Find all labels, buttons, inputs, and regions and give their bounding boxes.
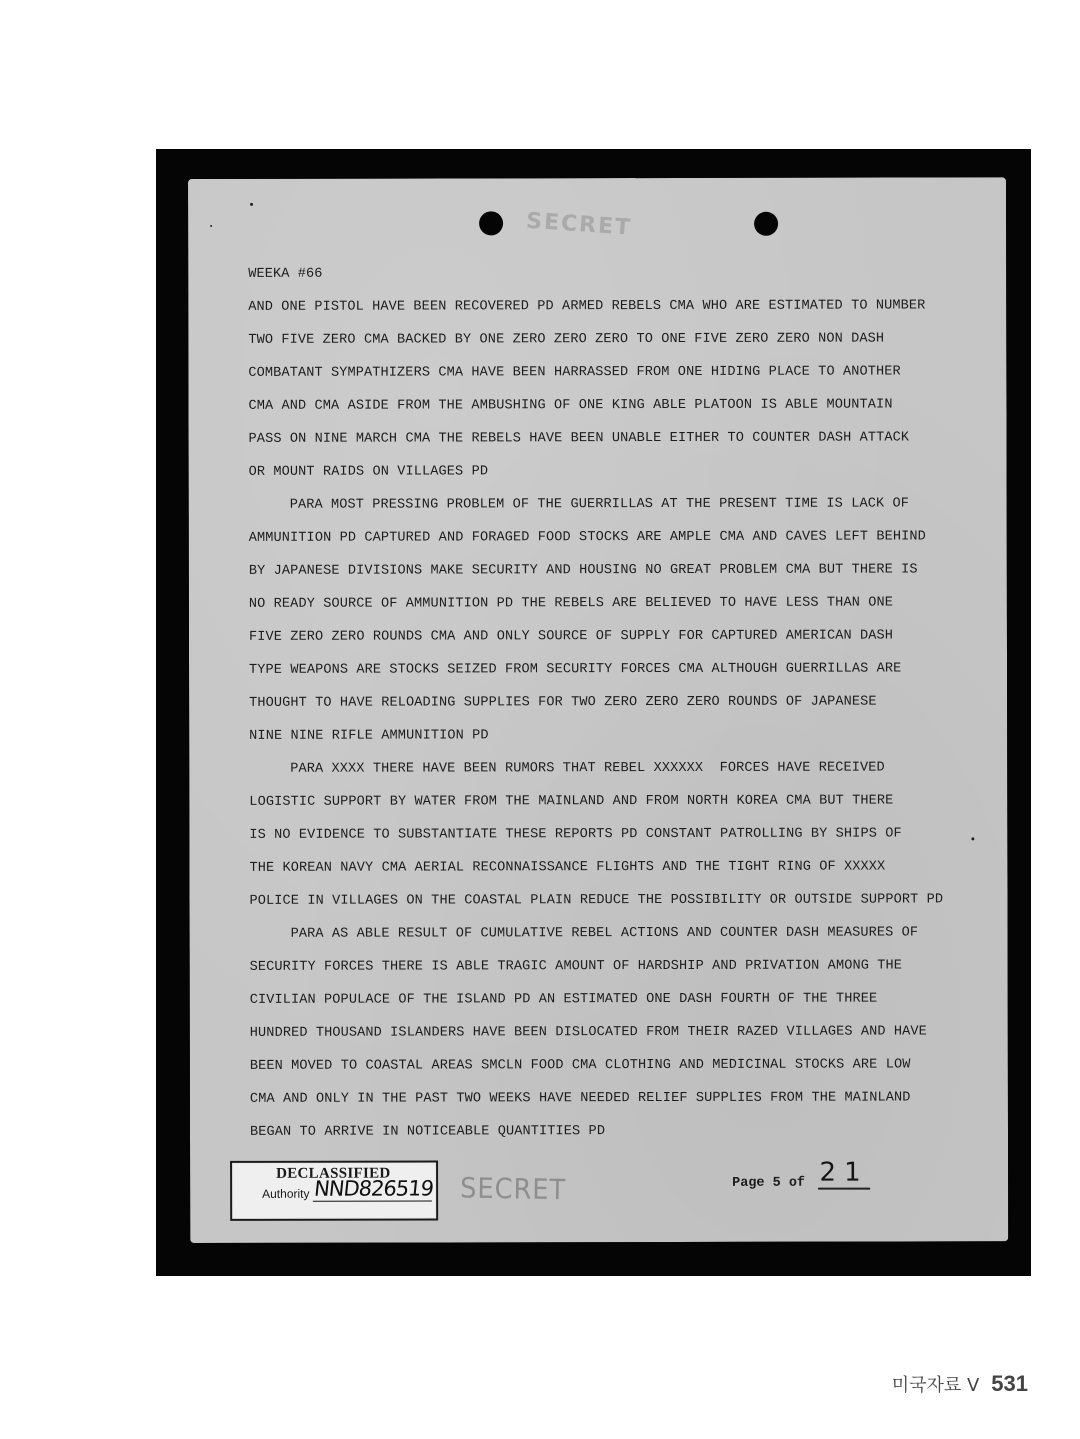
document-line: THOUGHT TO HAVE RELOADING SUPPLIES FOR T… [249, 692, 989, 727]
document-page: SECRET WEEKA #66 AND ONE PISTOL HAVE BEE… [188, 177, 1008, 1243]
document-body: WEEKA #66 AND ONE PISTOL HAVE BEEN RECOV… [248, 263, 990, 1156]
document-line: SECURITY FORCES THERE IS ABLE TRAGIC AMO… [250, 956, 990, 991]
punch-hole-icon [479, 211, 503, 235]
scanned-document-frame: SECRET WEEKA #66 AND ONE PISTOL HAVE BEE… [156, 149, 1031, 1276]
speck [250, 203, 253, 206]
page-total: 21 [818, 1158, 870, 1190]
secret-stamp-bottom: SECRET [460, 1171, 566, 1206]
document-footer: DECLASSIFIED Authority NND826519 SECRET … [230, 1155, 990, 1227]
document-line: POLICE IN VILLAGES ON THE COASTAL PLAIN … [249, 890, 989, 925]
document-line: FIVE ZERO ZERO ROUNDS CMA AND ONLY SOURC… [249, 626, 989, 661]
declassified-stamp: DECLASSIFIED Authority NND826519 [230, 1160, 438, 1220]
document-line: IS NO EVIDENCE TO SUBSTANTIATE THESE REP… [249, 824, 989, 859]
document-line: THE KOREAN NAVY CMA AERIAL RECONNAISSANC… [249, 857, 989, 892]
document-line: CMA AND CMA ASIDE FROM THE AMBUSHING OF … [248, 395, 988, 430]
book-footer: 미국자료 V 531 [892, 1371, 1028, 1397]
document-line: NINE NINE RIFLE AMMUNITION PD [249, 725, 989, 760]
page-label: Page 5 of [732, 1176, 805, 1191]
document-line: BEEN MOVED TO COASTAL AREAS SMCLN FOOD C… [250, 1055, 990, 1090]
document-line: PARA MOST PRESSING PROBLEM OF THE GUERRI… [249, 494, 989, 529]
authority-label: Authority [262, 1187, 309, 1201]
book-section-label: 미국자료 V [892, 1371, 980, 1397]
document-line: CMA AND ONLY IN THE PAST TWO WEEKS HAVE … [250, 1088, 990, 1123]
document-line: NO READY SOURCE OF AMMUNITION PD THE REB… [249, 593, 989, 628]
document-line: LOGISTIC SUPPORT BY WATER FROM THE MAINL… [249, 791, 989, 826]
authority-value: NND826519 [313, 1176, 434, 1201]
document-line: AMMUNITION PD CAPTURED AND FORAGED FOOD … [249, 527, 989, 562]
document-line: BEGAN TO ARRIVE IN NOTICEABLE QUANTITIES… [250, 1121, 990, 1156]
document-line: PARA XXXX THERE HAVE BEEN RUMORS THAT RE… [249, 758, 989, 793]
document-line: PASS ON NINE MARCH CMA THE REBELS HAVE B… [249, 428, 989, 463]
document-line: COMBATANT SYMPATHIZERS CMA HAVE BEEN HAR… [248, 362, 988, 397]
document-line: TYPE WEAPONS ARE STOCKS SEIZED FROM SECU… [249, 659, 989, 694]
document-line: CIVILIAN POPULACE OF THE ISLAND PD AN ES… [250, 989, 990, 1024]
document-line: BY JAPANESE DIVISIONS MAKE SECURITY AND … [249, 560, 989, 595]
secret-stamp-top: SECRET [525, 209, 632, 241]
document-line: HUNDRED THOUSAND ISLANDERS HAVE BEEN DIS… [250, 1022, 990, 1057]
document-line: TWO FIVE ZERO CMA BACKED BY ONE ZERO ZER… [248, 329, 988, 364]
document-line: PARA AS ABLE RESULT OF CUMULATIVE REBEL … [250, 923, 990, 958]
document-header: WEEKA #66 [248, 263, 988, 298]
speck [210, 225, 212, 227]
document-line: OR MOUNT RAIDS ON VILLAGES PD [249, 461, 989, 496]
document-lines: AND ONE PISTOL HAVE BEEN RECOVERED PD AR… [248, 296, 990, 1156]
book-page-number: 531 [991, 1371, 1028, 1397]
punch-hole-icon [754, 212, 778, 236]
document-line: AND ONE PISTOL HAVE BEEN RECOVERED PD AR… [248, 296, 988, 331]
